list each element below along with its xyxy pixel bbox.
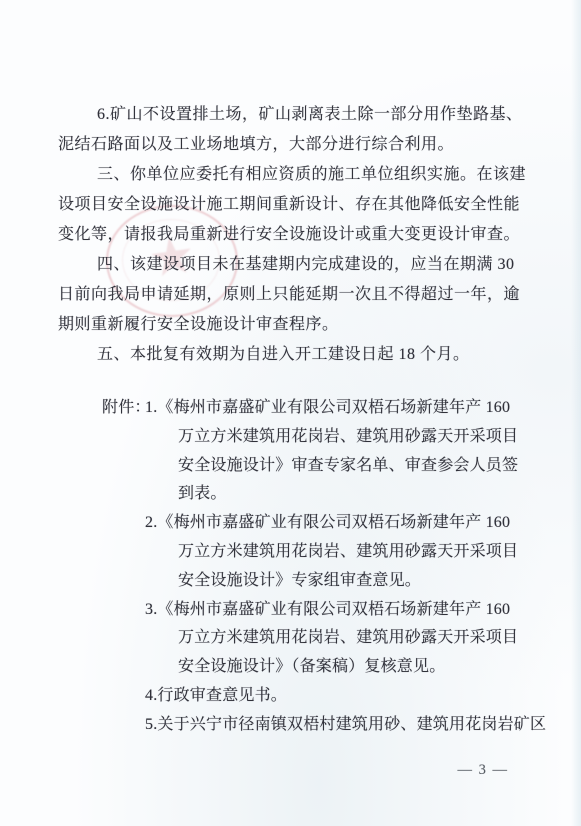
body-line: 日前向我局申请延期，原则上只能延期一次且不得超过一年，逾	[58, 280, 526, 310]
scanned-document-page: ★ 6.矿山不设置排土场，矿山剥离表土除一部分用作垫路基、 泥结石路面以及工业场…	[0, 0, 581, 826]
attachment-line: 万立方米建筑用花岗岩、建筑用砂露天开采项目	[145, 423, 526, 452]
attachment-line: 万立方米建筑用花岗岩、建筑用砂露天开采项目	[145, 538, 526, 567]
document-body: 6.矿山不设置排土场，矿山剥离表土除一部分用作垫路基、 泥结石路面以及工业场地填…	[58, 100, 526, 740]
body-line: 三、你单位应委托有相应资质的施工单位组织实施。在该建	[58, 160, 526, 190]
body-line: 四、该建设项目未在基建期内完成建设的，应当在期满 30	[58, 250, 526, 280]
body-line: 泥结石路面以及工业场地填方，大部分进行综合利用。	[58, 130, 526, 160]
attachment-line: 安全设施设计》专家组审查意见。	[145, 567, 526, 596]
attachment-line: 万立方米建筑用花岗岩、建筑用砂露天开采项目	[145, 624, 526, 653]
attachment-line: 1.《梅州市嘉盛矿业有限公司双梧石场新建年产 160	[145, 394, 526, 423]
attachments-list: 1.《梅州市嘉盛矿业有限公司双梧石场新建年产 160 万立方米建筑用花岗岩、建筑…	[145, 394, 526, 740]
body-line: 期则重新履行安全设施设计审查程序。	[58, 310, 526, 340]
attachments-label: 附件：	[102, 394, 151, 423]
attachments-section: 附件： 1.《梅州市嘉盛矿业有限公司双梧石场新建年产 160 万立方米建筑用花岗…	[58, 394, 526, 740]
attachment-line: 5.关于兴宁市径南镇双梧村建筑用砂、建筑用花岗岩矿区	[145, 711, 526, 740]
attachment-line: 3.《梅州市嘉盛矿业有限公司双梧石场新建年产 160	[145, 596, 526, 625]
body-line: 五、本批复有效期为自进入开工建设日起 18 个月。	[58, 340, 526, 370]
page-number: — 3 —	[447, 762, 519, 779]
body-line: 6.矿山不设置排土场，矿山剥离表土除一部分用作垫路基、	[58, 100, 526, 130]
attachment-line: 2.《梅州市嘉盛矿业有限公司双梧石场新建年产 160	[145, 509, 526, 538]
attachment-line: 4.行政审查意见书。	[145, 682, 526, 711]
body-line: 变化等，请报我局重新进行安全设施设计或重大变更设计审查。	[58, 220, 526, 250]
attachment-line: 安全设施设计》审查专家名单、审查参会人员签	[145, 452, 526, 481]
attachment-line: 到表。	[145, 480, 526, 509]
attachment-line: 安全设施设计》（备案稿）复核意见。	[145, 653, 526, 682]
body-line: 设项目安全设施设计施工期间重新设计、存在其他降低安全性能	[58, 190, 526, 220]
